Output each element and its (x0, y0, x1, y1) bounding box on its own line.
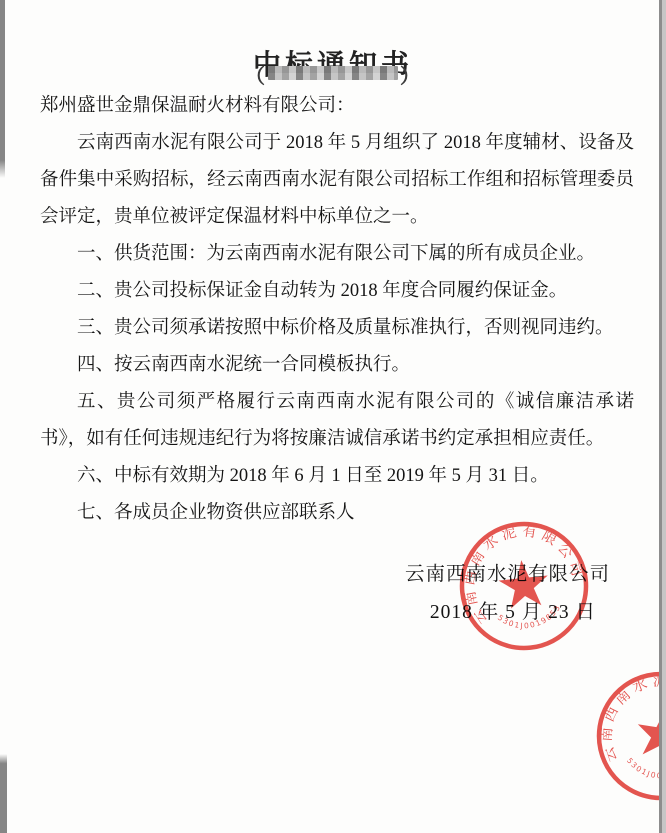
item-5: 五、贵公司须严格履行云南西南水泥有限公司的《诚信廉洁承诺书》，如有任何违规违纪行… (40, 384, 634, 458)
scanned-document-page: 中标通知书 （） 郑州盛世金鼎保温耐火材料有限公司： 云南西南水泥有限公司于 2… (0, 0, 666, 833)
scan-edge-left-top (0, 0, 5, 178)
official-seal: 云南西南水泥有限公司 5301J0019853 (454, 516, 594, 656)
intro-paragraph: 云南西南水泥有限公司于 2018 年 5 月组织了 2018 年度辅材、设备及备… (40, 125, 634, 236)
scan-edge-left-bottom (0, 754, 7, 833)
scan-edge-right (659, 0, 666, 833)
item-1: 一、供货范围：为云南西南水泥有限公司下属的所有成员企业。 (40, 236, 634, 273)
seal-star-icon (497, 558, 551, 610)
recipient-line: 郑州盛世金鼎保温耐火材料有限公司： (40, 88, 634, 125)
document-body: 郑州盛世金鼎保温耐火材料有限公司： 云南西南水泥有限公司于 2018 年 5 月… (40, 88, 634, 532)
seal-code-text: 5301J0019853 (495, 602, 565, 633)
item-3: 三、贵公司须承诺按照中标价格及质量标准执行，否则视同违约。 (40, 310, 634, 347)
subtitle-open-paren: （ (245, 66, 266, 88)
official-seal-partial: 云南西南水泥有限公司 5301J0019853 (581, 656, 666, 816)
document-subtitle: （） (0, 60, 666, 89)
redacted-text-block (268, 66, 398, 80)
svg-text:5301J0019853: 5301J0019853 (495, 602, 565, 633)
subtitle-close-paren: ） (400, 66, 421, 88)
item-6: 六、中标有效期为 2018 年 6 月 1 日至 2019 年 5 月 31 日… (40, 458, 634, 495)
item-2: 二、贵公司投标保证金自动转为 2018 年度合同履约保证金。 (40, 273, 634, 310)
item-4: 四、按云南西南水泥统一合同模板执行。 (40, 347, 634, 384)
